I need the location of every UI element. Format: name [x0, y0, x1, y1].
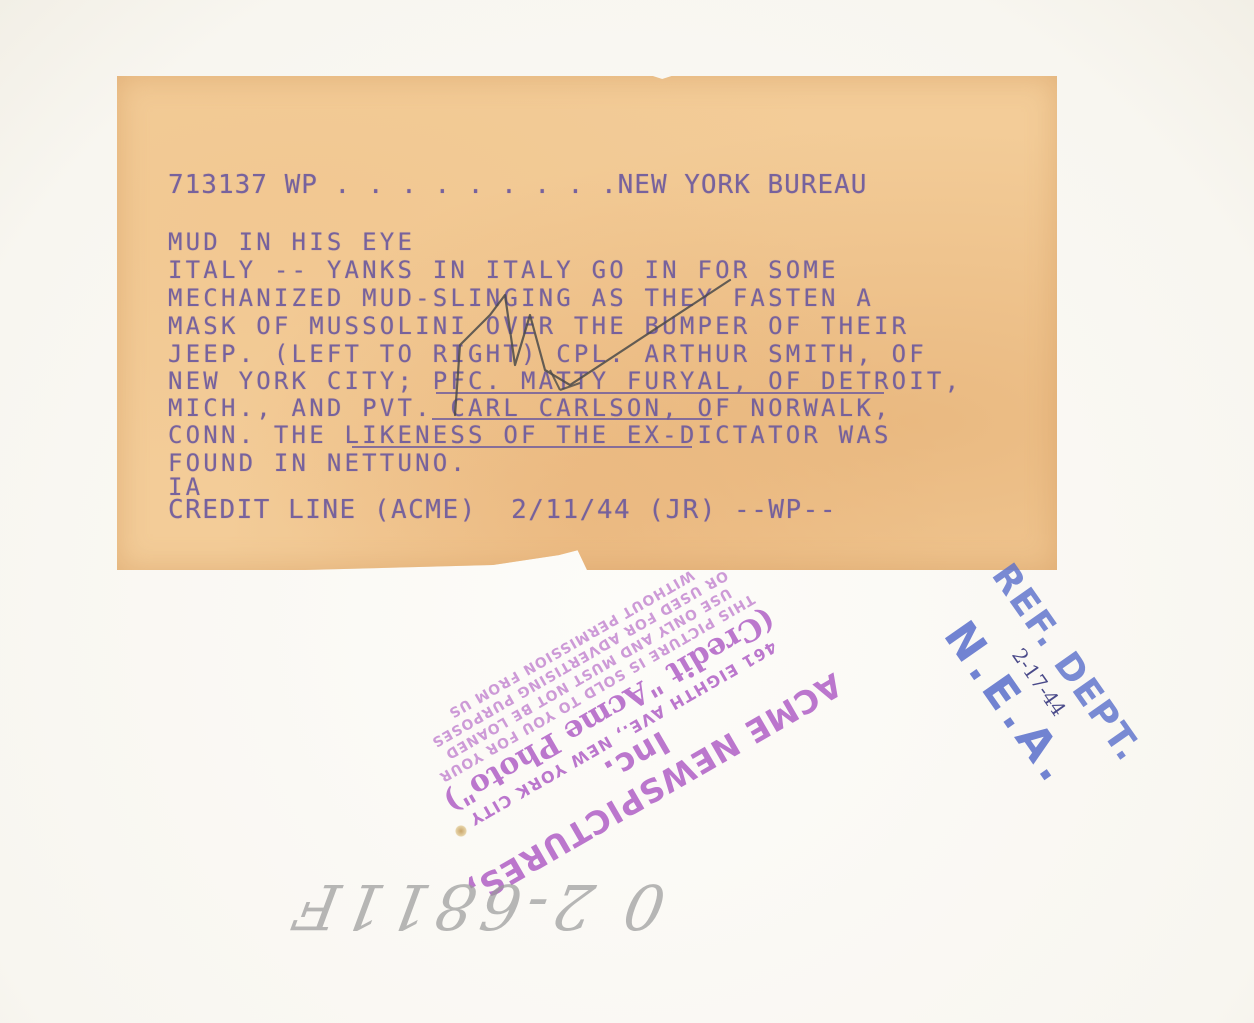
caption-title: MUD IN HIS EYE: [168, 228, 415, 256]
paper-speck: [455, 825, 467, 837]
credit-line: CREDIT LINE (ACME) 2/11/44 (JR) --WP--: [168, 495, 837, 525]
underline-carlson: [352, 446, 692, 448]
acme-newspictures-stamp: ACME NEWSPICTURES, Inc. 461 EIGHTH AVE.,…: [380, 560, 850, 860]
caption-line: CONN. THE LIKENESS OF THE EX-DICTATOR WA…: [168, 421, 892, 449]
caption-header: 713137 WP . . . . . . . . .NEW YORK BURE…: [168, 170, 867, 200]
caption-line: FOUND IN NETTUNO.: [168, 449, 468, 477]
pencil-note: 0 2-6811F: [284, 870, 671, 943]
nea-ref-dept-stamp: REF. DEPT. 2-17-44 N.E.A.: [900, 540, 1180, 840]
check-mark-icon: [430, 275, 770, 425]
